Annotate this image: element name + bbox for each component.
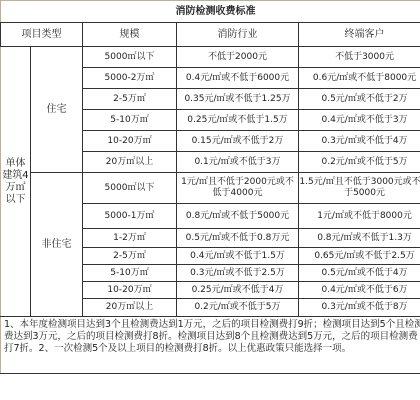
table-row: 非住宅 5000㎡以下 1元/㎡且不低于2000元或不低于4000元 1.5元/…	[1, 173, 420, 204]
fee-standard-table: 消防检测收费标准 项目类型 规模 消防行业 终端客户 单体建筑4万㎡以下 住宅 …	[0, 0, 420, 374]
fire-fee-cell: 0.4元/㎡或不低于6000元	[177, 68, 299, 89]
scale-cell: 5000㎡以下	[83, 47, 177, 68]
fire-fee-cell: 0.25元/㎡或不低于4万	[177, 282, 299, 299]
scale-cell: 10-20万㎡	[83, 131, 177, 152]
fire-fee-cell: 不低于2000元	[177, 47, 299, 68]
fire-fee-cell: 0.15元/㎡或不低于2万	[177, 131, 299, 152]
end-fee-cell: 0.6元/㎡或不低于8000元	[299, 68, 420, 89]
scale-cell: 5000-2万㎡	[83, 68, 177, 89]
header-type: 项目类型	[1, 23, 83, 47]
scale-cell: 5000-1万㎡	[83, 204, 177, 229]
scale-cell: 10-20万㎡	[83, 282, 177, 299]
group-label: 单体建筑4万㎡以下	[1, 47, 31, 317]
end-fee-cell: 0.4元/㎡或不低于3万	[299, 110, 420, 131]
scale-cell: 5-10万㎡	[83, 265, 177, 282]
scale-cell: 5-10万㎡	[83, 110, 177, 131]
scale-cell: 2-5万㎡	[83, 89, 177, 110]
table-title: 消防检测收费标准	[1, 1, 420, 23]
end-fee-cell: 0.5元/㎡或不低于4万	[299, 265, 420, 282]
scale-cell: 5000㎡以下	[83, 173, 177, 204]
fire-fee-cell: 0.35元/㎡或不低于1.25万	[177, 89, 299, 110]
header-scale: 规模	[83, 23, 177, 47]
notes-text: 1、本年度检测项目达到3个且检测费达到1万元，之后的项目检测费打9折；检测项目达…	[1, 317, 420, 374]
end-fee-cell: 0.65元/㎡或不低于2.5万	[299, 248, 420, 265]
scale-cell: 2-5万㎡	[83, 248, 177, 265]
scale-cell: 20万㎡以上	[83, 299, 177, 317]
end-fee-cell: 0.8元/㎡或不低于1.3万	[299, 229, 420, 248]
fire-fee-cell: 0.8元/㎡或不低于5000元	[177, 204, 299, 229]
end-fee-cell: 1元/㎡或不低于8000元	[299, 204, 420, 229]
header-fire-industry: 消防行业	[177, 23, 299, 47]
end-fee-cell: 0.3元/㎡或不低于8万	[299, 299, 420, 317]
end-fee-cell: 0.4元/㎡或不低于6万	[299, 282, 420, 299]
scale-cell: 20万㎡以上	[83, 152, 177, 173]
fire-fee-cell: 0.25元/㎡或不低于1.5万	[177, 110, 299, 131]
end-fee-cell: 0.2元/㎡或不低于5万	[299, 152, 420, 173]
scale-cell: 1-2万㎡	[83, 229, 177, 248]
fire-fee-cell: 0.5元/㎡或不低于0.8万元	[177, 229, 299, 248]
end-fee-cell: 0.3元/㎡或不低于4万	[299, 131, 420, 152]
fire-fee-cell: 0.2元/㎡或不低于5万	[177, 299, 299, 317]
end-fee-cell: 0.5元/㎡或不低于2万	[299, 89, 420, 110]
category-residential: 住宅	[31, 47, 83, 173]
fire-fee-cell: 1元/㎡且不低于2000元或不低于4000元	[177, 173, 299, 204]
header-end-customer: 终端客户	[299, 23, 420, 47]
category-non-residential: 非住宅	[31, 173, 83, 317]
fire-fee-cell: 0.4元/㎡或不低于1.5万	[177, 248, 299, 265]
fire-fee-cell: 0.3元/㎡或不低于2.5万	[177, 265, 299, 282]
table-row: 单体建筑4万㎡以下 住宅 5000㎡以下 不低于2000元 不低于3000元	[1, 47, 420, 68]
end-fee-cell: 不低于3000元	[299, 47, 420, 68]
fire-fee-cell: 0.1元/㎡或不低于3万	[177, 152, 299, 173]
end-fee-cell: 1.5元/㎡且不低于3000元或不低于5000元	[299, 173, 420, 204]
